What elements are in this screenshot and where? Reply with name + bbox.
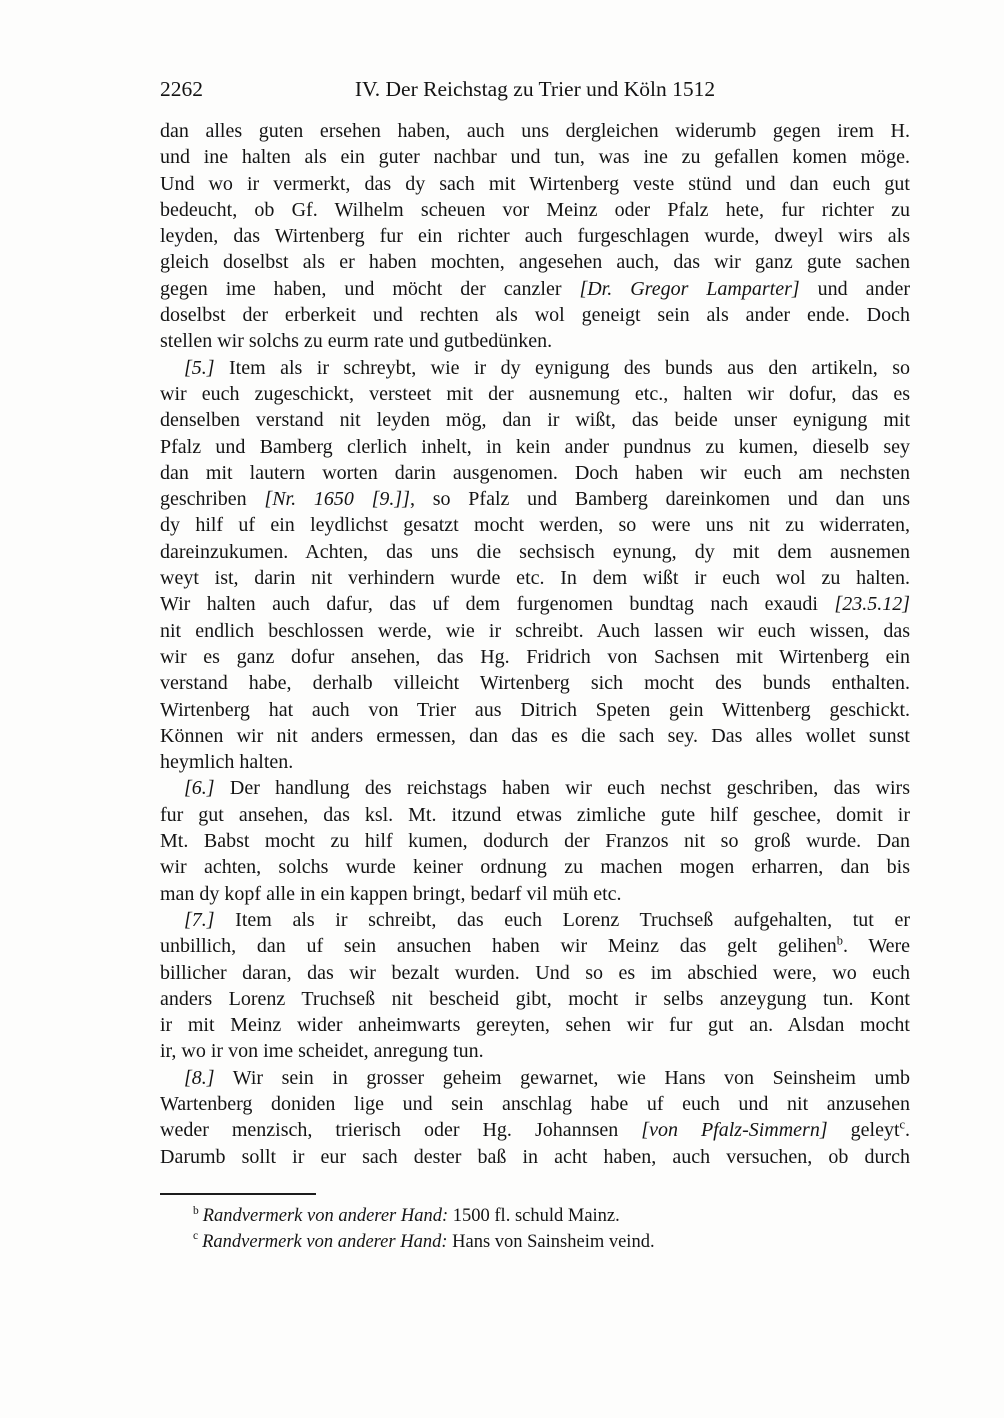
text-line: weder menzisch, trierisch oder Hg. Johan… [160, 1117, 910, 1143]
footnote-rule [160, 1193, 316, 1195]
text-segment: weyt ist, darin nit verhindern wurde etc… [160, 567, 910, 589]
text-line: fur gut ansehen, das ksl. Mt. itzund etw… [160, 802, 910, 828]
text-segment: Item als ir schreibt, das euch Lorenz Tr… [215, 909, 910, 931]
text-segment: denselben verstand nit leyden mög, dan i… [160, 409, 910, 431]
text-line: Pfalz und Bamberg clerlich inhelt, in ke… [160, 434, 910, 460]
text-segment: wir achten, solchs wurde keiner ordnung … [160, 856, 910, 878]
text-segment: und ander [800, 278, 910, 300]
text-segment: billicher daran, das wir bezalt wurden. … [160, 962, 910, 984]
text-line: Und wo ir vermerkt, das dy sach mit Wirt… [160, 171, 910, 197]
text-line: unbillich, dan uf sein ansuchen haben wi… [160, 933, 910, 959]
text-segment: Können wir nit anders ermessen, dan das … [160, 725, 910, 747]
text-segment: unbillich, dan uf sein ansuchen haben wi… [160, 935, 837, 957]
text-line: Wirtenberg hat auch von Trier aus Ditric… [160, 697, 910, 723]
text-segment: dan alles guten ersehen haben, auch uns … [160, 120, 910, 142]
text-block: dan alles guten ersehen haben, auch uns … [160, 118, 910, 1170]
footnote-list: bRandvermerk von anderer Hand: 1500 fl. … [160, 1204, 910, 1255]
text-line: Darumb sollt ir eur sach dester baß in a… [160, 1144, 910, 1170]
text-line: dan alles guten ersehen haben, auch uns … [160, 118, 910, 144]
text-segment: [6.] [184, 777, 215, 799]
text-line: ir, wo ir von ime scheidet, anregung tun… [160, 1038, 910, 1064]
text-segment: Wirtenberg hat auch von Trier aus Ditric… [160, 699, 910, 721]
text-segment: dy hilf uf ein leydlichst gesatzt mocht … [160, 514, 910, 536]
text-segment: stellen wir solchs zu eurm rate und gutb… [160, 330, 552, 352]
text-line: und ine halten als ein guter nachbar und… [160, 144, 910, 170]
text-segment: [5.] [184, 357, 215, 379]
footnote-marker: c [193, 1230, 198, 1242]
text-segment: doselbst der erberkeit und rechten als w… [160, 304, 910, 326]
text-segment: [8.] [184, 1067, 215, 1089]
text-segment: Wir sein in grosser geheim gewarnet, wie… [215, 1067, 910, 1089]
footnote-text: Hans von Sainsheim veind. [452, 1232, 654, 1252]
footnote: bRandvermerk von anderer Hand: 1500 fl. … [160, 1204, 910, 1230]
text-segment: ir mit Meinz wider anheimwarts gereyten,… [160, 1014, 910, 1036]
text-line: dareinzukumen. Achten, das uns die sechs… [160, 539, 910, 565]
text-segment: Darumb sollt ir eur sach dester baß in a… [160, 1146, 910, 1168]
text-segment: fur gut ansehen, das ksl. Mt. itzund etw… [160, 804, 910, 826]
text-line: man dy kopf alle in ein kappen bringt, b… [160, 881, 910, 907]
text-segment: leyden, das Wirtenberg fur ein richter a… [160, 225, 910, 247]
text-line: Wartenberg doniden lige und sein anschla… [160, 1091, 910, 1117]
text-line: gegen ime haben, und möcht der canzler [… [160, 276, 910, 302]
text-segment: dan mit lautern worten darin ausgenomen.… [160, 462, 910, 484]
text-segment: gegen ime haben, und möcht der canzler [160, 278, 579, 300]
text-line: stellen wir solchs zu eurm rate und gutb… [160, 328, 910, 354]
text-segment: gleich doselbst als er haben mochten, an… [160, 251, 910, 273]
text-segment: , so Pfalz und Bamberg dareinkomen und d… [410, 488, 910, 510]
text-segment: wir euch zugeschickt, versteet mit der a… [160, 383, 910, 405]
text-line: bedeucht, ob Gf. Wilhelm scheuen vor Mei… [160, 197, 910, 223]
text-line: [8.] Wir sein in grosser geheim gewarnet… [160, 1065, 910, 1091]
footnote-section: bRandvermerk von anderer Hand: 1500 fl. … [160, 1193, 910, 1255]
text-segment: [Dr. Gregor Lamparter] [579, 278, 799, 300]
text-segment: ir, wo ir von ime scheidet, anregung tun… [160, 1040, 484, 1062]
text-segment: anders Lorenz Truchseß nit bescheid gibt… [160, 988, 910, 1010]
text-segment: [von Pfalz-Simmern] [641, 1119, 827, 1141]
text-segment: weder menzisch, trierisch oder Hg. Johan… [160, 1119, 641, 1141]
text-segment: verstand habe, derhalb villeicht Wirtenb… [160, 672, 910, 694]
footnote: cRandvermerk von anderer Hand: Hans von … [160, 1230, 910, 1256]
text-segment: [7.] [184, 909, 215, 931]
text-segment: man dy kopf alle in ein kappen bringt, b… [160, 883, 622, 905]
footnote-text: 1500 fl. schuld Mainz. [453, 1206, 620, 1226]
book-page: 2262 IV. Der Reichstag zu Trier und Köln… [0, 0, 1004, 1418]
running-header: 2262 IV. Der Reichstag zu Trier und Köln… [160, 76, 910, 103]
text-line: verstand habe, derhalb villeicht Wirtenb… [160, 670, 910, 696]
footnote-marker: b [193, 1205, 199, 1217]
footnote-label: Randvermerk von anderer Hand: [202, 1232, 452, 1252]
text-line: wir euch zugeschickt, versteet mit der a… [160, 381, 910, 407]
page-number: 2262 [160, 76, 203, 103]
text-segment: bedeucht, ob Gf. Wilhelm scheuen vor Mei… [160, 199, 910, 221]
footnote-label: Randvermerk von anderer Hand: [203, 1206, 453, 1226]
running-header-title: IV. Der Reichstag zu Trier und Köln 1512 [160, 76, 910, 103]
text-line: weyt ist, darin nit verhindern wurde etc… [160, 565, 910, 591]
text-segment: Und wo ir vermerkt, das dy sach mit Wirt… [160, 173, 910, 195]
text-line: gleich doselbst als er haben mochten, an… [160, 249, 910, 275]
text-segment: [23.5.12] [834, 593, 910, 615]
text-line: wir achten, solchs wurde keiner ordnung … [160, 854, 910, 880]
text-line: [6.] Der handlung des reichstags haben w… [160, 775, 910, 801]
text-line: leyden, das Wirtenberg fur ein richter a… [160, 223, 910, 249]
text-segment: geschriben [160, 488, 264, 510]
text-line: [5.] Item als ir schreybt, wie ir dy eyn… [160, 355, 910, 381]
text-line: billicher daran, das wir bezalt wurden. … [160, 960, 910, 986]
text-line: Wir halten auch dafur, das uf dem furgen… [160, 591, 910, 617]
text-line: dy hilf uf ein leydlichst gesatzt mocht … [160, 512, 910, 538]
text-line: heymlich halten. [160, 749, 910, 775]
text-line: dan mit lautern worten darin ausgenomen.… [160, 460, 910, 486]
text-segment: Item als ir schreybt, wie ir dy eynigung… [215, 357, 910, 379]
text-segment: Wartenberg doniden lige und sein anschla… [160, 1093, 910, 1115]
text-segment: Wir halten auch dafur, das uf dem furgen… [160, 593, 834, 615]
text-segment: heymlich halten. [160, 751, 293, 773]
text-segment: und ine halten als ein guter nachbar und… [160, 146, 910, 168]
text-segment: dareinzukumen. Achten, das uns die sechs… [160, 541, 910, 563]
text-line: denselben verstand nit leyden mög, dan i… [160, 407, 910, 433]
text-line: nit endlich beschlossen werde, wie ir sc… [160, 618, 910, 644]
text-segment: [Nr. 1650 [9.]] [264, 488, 410, 510]
text-segment: nit endlich beschlossen werde, wie ir sc… [160, 620, 910, 642]
text-segment: wir es ganz dofur ansehen, das Hg. Fridr… [160, 646, 910, 668]
text-line: anders Lorenz Truchseß nit bescheid gibt… [160, 986, 910, 1012]
text-segment: geleyt [828, 1119, 900, 1141]
text-segment: Pfalz und Bamberg clerlich inhelt, in ke… [160, 436, 910, 458]
text-line: ir mit Meinz wider anheimwarts gereyten,… [160, 1012, 910, 1038]
text-line: wir es ganz dofur ansehen, das Hg. Fridr… [160, 644, 910, 670]
text-line: Können wir nit anders ermessen, dan das … [160, 723, 910, 749]
text-segment: Der handlung des reichstags haben wir eu… [215, 777, 910, 799]
text-line: Mt. Babst mocht zu hilf kumen, dodurch d… [160, 828, 910, 854]
text-line: [7.] Item als ir schreibt, das euch Lore… [160, 907, 910, 933]
text-segment: . Were [843, 935, 910, 957]
text-segment: Mt. Babst mocht zu hilf kumen, dodurch d… [160, 830, 910, 852]
text-line: doselbst der erberkeit und rechten als w… [160, 302, 910, 328]
text-segment: . [905, 1119, 910, 1141]
text-line: geschriben [Nr. 1650 [9.]], so Pfalz und… [160, 486, 910, 512]
